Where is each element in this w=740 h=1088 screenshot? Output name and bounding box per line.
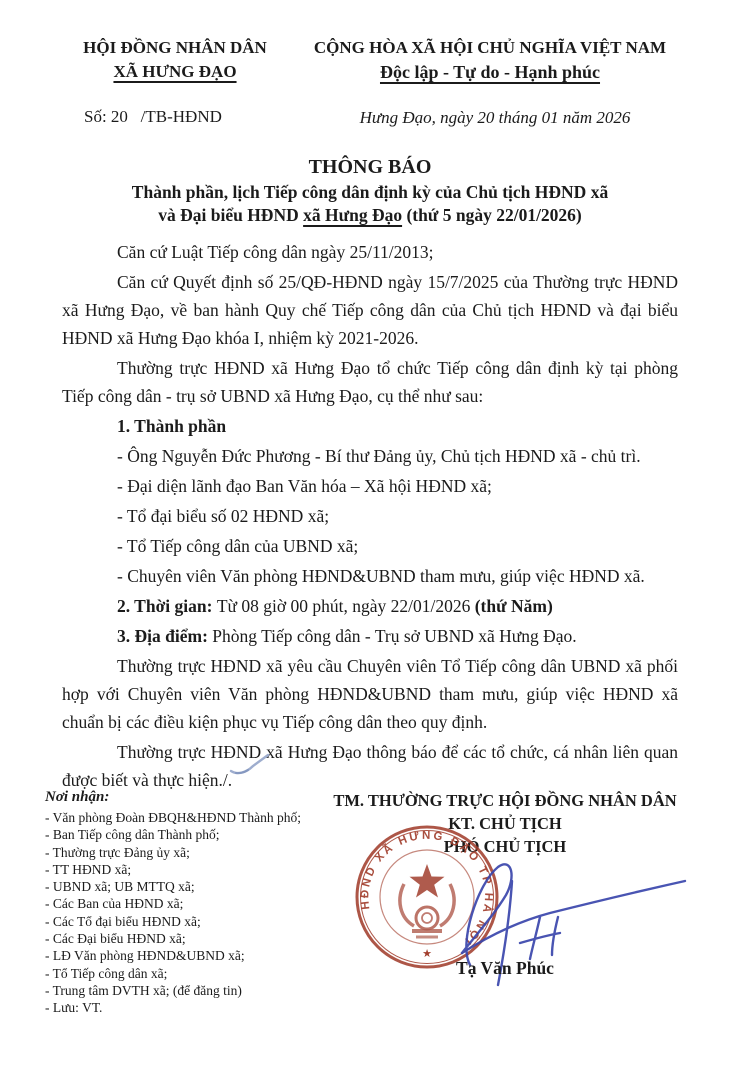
paragraph: Thường trực HĐND xã Hưng Đạo thông báo đ… (62, 738, 678, 794)
national-motto-line2: Độc lập - Tự do - Hạnh phúc (295, 60, 685, 84)
paragraph: 2. Thời gian: Từ 08 giờ 00 phút, ngày 22… (62, 592, 678, 620)
paragraph: - Tổ Tiếp công dân của UBND xã; (62, 532, 678, 560)
paragraph: Thường trực HĐND xã Hưng Đạo tổ chức Tiế… (62, 354, 678, 410)
paragraph: - Tổ đại biểu số 02 HĐND xã; (62, 502, 678, 530)
title-sub-line2: và Đại biểu HĐND xã Hưng Đạo (thứ 5 ngày… (40, 204, 700, 227)
title-sub-line1: Thành phần, lịch Tiếp công dân định kỳ c… (40, 181, 700, 204)
document-page: HỘI ĐỒNG NHÂN DÂN XÃ HƯNG ĐẠO CỘNG HÒA X… (0, 0, 740, 1088)
issuing-authority-block: HỘI ĐỒNG NHÂN DÂN XÃ HƯNG ĐẠO (55, 36, 295, 84)
paragraph: - Đại diện lãnh đạo Ban Văn hóa – Xã hội… (62, 472, 678, 500)
recipient-item: - Lưu: VT. (45, 999, 335, 1016)
paragraph: Căn cứ Quyết định số 25/QĐ-HĐND ngày 15/… (62, 268, 678, 352)
document-title-block: THÔNG BÁO Thành phần, lịch Tiếp công dân… (40, 155, 700, 226)
title-main: THÔNG BÁO (40, 155, 700, 179)
recipient-item: - Các Đại biểu HĐND xã; (45, 930, 335, 947)
recipients-label: Nơi nhận: (45, 789, 335, 806)
authority-line2: XÃ HƯNG ĐẠO (55, 60, 295, 84)
recipient-item: - TT HĐND xã; (45, 861, 335, 878)
paragraph: - Ông Nguyễn Đức Phương - Bí thư Đảng ủy… (62, 442, 678, 470)
document-number: Số: 20 /TB-HĐND (84, 107, 222, 127)
recipients-list: - Văn phòng Đoàn ĐBQH&HĐND Thành phố;- B… (45, 809, 335, 1017)
document-date: Hưng Đạo, ngày 20 tháng 01 năm 2026 (310, 108, 680, 128)
recipient-item: - Các Ban của HĐND xã; (45, 895, 335, 912)
recipient-item: - Ban Tiếp công dân Thành phố; (45, 826, 335, 843)
paragraph: Thường trực HĐND xã yêu cầu Chuyên viên … (62, 652, 678, 736)
paragraph: 1. Thành phần (62, 412, 678, 440)
document-body: Căn cứ Luật Tiếp công dân ngày 25/11/201… (62, 238, 678, 796)
recipient-item: - Văn phòng Đoàn ĐBQH&HĐND Thành phố; (45, 809, 335, 826)
recipients-block: Nơi nhận: - Văn phòng Đoàn ĐBQH&HĐND Thà… (45, 789, 335, 1017)
sign-authority: TM. THƯỜNG TRỰC HỘI ĐỒNG NHÂN DÂN (305, 789, 705, 812)
recipient-item: - Trung tâm DVTH xã; (để đăng tin) (45, 982, 335, 999)
paragraph: - Chuyên viên Văn phòng HĐND&UBND tham m… (62, 562, 678, 590)
national-header-block: CỘNG HÒA XÃ HỘI CHỦ NGHĨA VIỆT NAM Độc l… (295, 36, 685, 84)
recipient-item: - Các Tổ đại biểu HĐND xã; (45, 913, 335, 930)
paragraph: 3. Địa điểm: Phòng Tiếp công dân - Trụ s… (62, 622, 678, 650)
recipient-item: - LĐ Văn phòng HĐND&UBND xã; (45, 947, 335, 964)
initial-mark-icon (228, 752, 272, 778)
recipient-item: - Tổ Tiếp công dân xã; (45, 965, 335, 982)
paragraph: Căn cứ Luật Tiếp công dân ngày 25/11/201… (62, 238, 678, 266)
authority-line1: HỘI ĐỒNG NHÂN DÂN (55, 36, 295, 60)
recipient-item: - Thường trực Đảng ủy xã; (45, 844, 335, 861)
national-motto-line1: CỘNG HÒA XÃ HỘI CHỦ NGHĨA VIỆT NAM (295, 36, 685, 60)
signer-name: Tạ Văn Phúc (380, 958, 630, 979)
recipient-item: - UBND xã; UB MTTQ xã; (45, 878, 335, 895)
